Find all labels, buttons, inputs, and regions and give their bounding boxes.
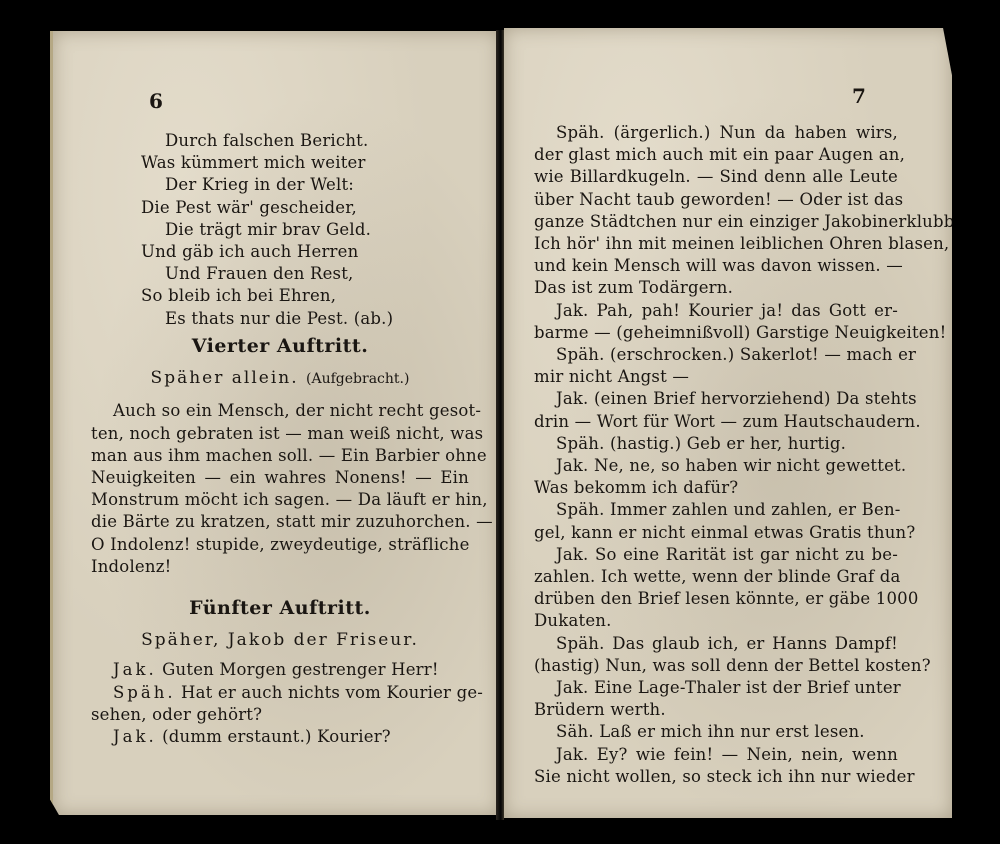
dialogue-line: drüben den Brief lesen könnte, er gäbe 1… [534, 588, 898, 610]
dialogue-line: Jak. Ne, ne, so haben wir nicht gewettet… [534, 455, 898, 477]
dialogue-line: Späh. (hastig.) Geb er her, hurtig. [534, 433, 898, 455]
stage-direction: (Aufgebracht.) [306, 371, 409, 387]
line-text: Guten Morgen gestrenger Herr! [162, 660, 439, 679]
dialogue-line: Späh. Hat er auch nichts vom Kourier ge- [91, 682, 469, 704]
dialogue-line: Späh. (ärgerlich.) Nun da haben wirs, [534, 122, 898, 144]
dialogue-line: zahlen. Ich wette, wenn der blinde Graf … [534, 566, 898, 588]
dialogue-line: ganze Städtchen nur ein einziger Jakobin… [534, 211, 898, 233]
dialogue-line: Jak. Pah, pah! Kourier ja! das Gott er- [534, 300, 898, 322]
verse-line: Was kümmert mich weiter [141, 152, 489, 174]
text-line: Indolenz! [91, 556, 469, 578]
dialogue-line: Späh. Das glaub ich, er Hanns Dampf! [534, 633, 898, 655]
verse-block: Durch falschen Bericht. Was kümmert mich… [141, 130, 489, 330]
text-line: Neuigkeiten — ein wahres Nonens! — Ein [91, 467, 469, 489]
verse-line: Durch falschen Bericht. [141, 130, 489, 152]
line-text: sehen, oder gehört? [91, 705, 262, 724]
verse-line: Und Frauen den Rest, [141, 263, 489, 285]
verse-line: Der Krieg in der Welt: [141, 174, 489, 196]
speaker: Späh. [113, 683, 176, 702]
dialogue-line: gel, kann er nicht einmal etwas Gratis t… [534, 522, 898, 544]
verse-line: So bleib ich bei Ehren, [141, 285, 489, 307]
dialogue-line: drin — Wort für Wort — zum Hautschaudern… [534, 411, 898, 433]
dialogue-line: barme — (geheimnißvoll) Garstige Neuigke… [534, 322, 898, 344]
dialogue-line: wie Billardkugeln. — Sind denn alle Leut… [534, 166, 898, 188]
left-page: 6 Durch falschen Bericht. Was kümmert mi… [50, 31, 499, 815]
dialogue-line: mir nicht Angst — [534, 366, 898, 388]
dialogue-line: Sie nicht wollen, so steck ich ihn nur w… [534, 766, 898, 788]
dialogue-line: sehen, oder gehört? [91, 704, 469, 726]
text-line: die Bärte zu kratzen, statt mir zuzuhorc… [91, 511, 469, 533]
dialogue-line: Jak. Guten Morgen gestrenger Herr! [91, 659, 469, 681]
dialogue-line: Säh. Laß er mich ihn nur erst lesen. [534, 721, 898, 743]
scene-cast: Späher allein. (Aufgebracht.) [91, 367, 469, 390]
verse-line: Und gäb ich auch Herren [141, 241, 489, 263]
line-text: (dumm erstaunt.) Kourier? [162, 727, 391, 746]
dialogue-line: Das ist zum Todärgern. [534, 277, 898, 299]
text-line: Monstrum möcht ich sagen. — Da läuft er … [91, 489, 469, 511]
dialogue-line: Dukaten. [534, 610, 898, 632]
verse-line: Es thats nur die Pest. (ab.) [141, 308, 489, 330]
dialogue-line: Jak. Eine Lage-Thaler ist der Brief unte… [534, 677, 898, 699]
scene-heading: Fünfter Auftritt. [91, 597, 469, 619]
dialogue-line: Jak. (dumm erstaunt.) Kourier? [91, 726, 469, 748]
dialogue-line: und kein Mensch will was davon wissen. — [534, 255, 898, 277]
text-line: man aus ihm machen soll. — Ein Barbier o… [91, 445, 469, 467]
dialogue: Späh. (ärgerlich.) Nun da haben wirs,der… [534, 122, 898, 788]
line-text: Hat er auch nichts vom Kourier ge- [181, 683, 483, 702]
dialogue-line: Was bekomm ich dafür? [534, 477, 898, 499]
book-gutter [496, 30, 504, 820]
dialogue: Jak. Guten Morgen gestrenger Herr! Späh.… [91, 659, 469, 748]
right-page: 7 Späh. (ärgerlich.) Nun da haben wirs,d… [504, 28, 952, 818]
speaker: Jak. [113, 727, 157, 746]
dialogue-line: Späh. Immer zahlen und zahlen, er Ben- [534, 499, 898, 521]
verse-line: Die trägt mir brav Geld. [141, 219, 489, 241]
dialogue-line: Brüdern werth. [534, 699, 898, 721]
dialogue-line: Späh. (erschrocken.) Sakerlot! — mach er [534, 344, 898, 366]
dialogue-line: über Nacht taub geworden! — Oder ist das [534, 189, 898, 211]
scene-4: Vierter Auftritt. Späher allein. (Aufgeb… [91, 335, 469, 578]
page-number: 7 [852, 84, 866, 108]
verse-line: Die Pest wär' gescheider, [141, 197, 489, 219]
dialogue-line: Jak. So eine Rarität ist gar nicht zu be… [534, 544, 898, 566]
page-number: 6 [149, 89, 163, 113]
text-line: ten, noch gebraten ist — man weiß nicht,… [91, 423, 469, 445]
text-line: O Indolenz! stupide, zweydeutige, sträfl… [91, 534, 469, 556]
scene-5: Fünfter Auftritt. Späher, Jakob der Fris… [91, 597, 469, 748]
text-line: Auch so ein Mensch, der nicht recht geso… [91, 400, 469, 422]
dialogue-line: Jak. (einen Brief hervorziehend) Da steh… [534, 388, 898, 410]
dialogue-line: der glast mich auch mit ein paar Augen a… [534, 144, 898, 166]
speaker: Jak. [113, 660, 157, 679]
monologue: Auch so ein Mensch, der nicht recht geso… [91, 400, 469, 578]
dialogue-line: Ich hör' ihn mit meinen leiblichen Ohren… [534, 233, 898, 255]
scene-heading: Vierter Auftritt. [91, 335, 469, 357]
dialogue-line: (hastig) Nun, was soll denn der Bettel k… [534, 655, 898, 677]
scene-cast: Späher, Jakob der Friseur. [91, 629, 469, 651]
dialogue-line: Jak. Ey? wie fein! — Nein, nein, wenn [534, 744, 898, 766]
cast-names: Späher allein. [151, 368, 299, 388]
